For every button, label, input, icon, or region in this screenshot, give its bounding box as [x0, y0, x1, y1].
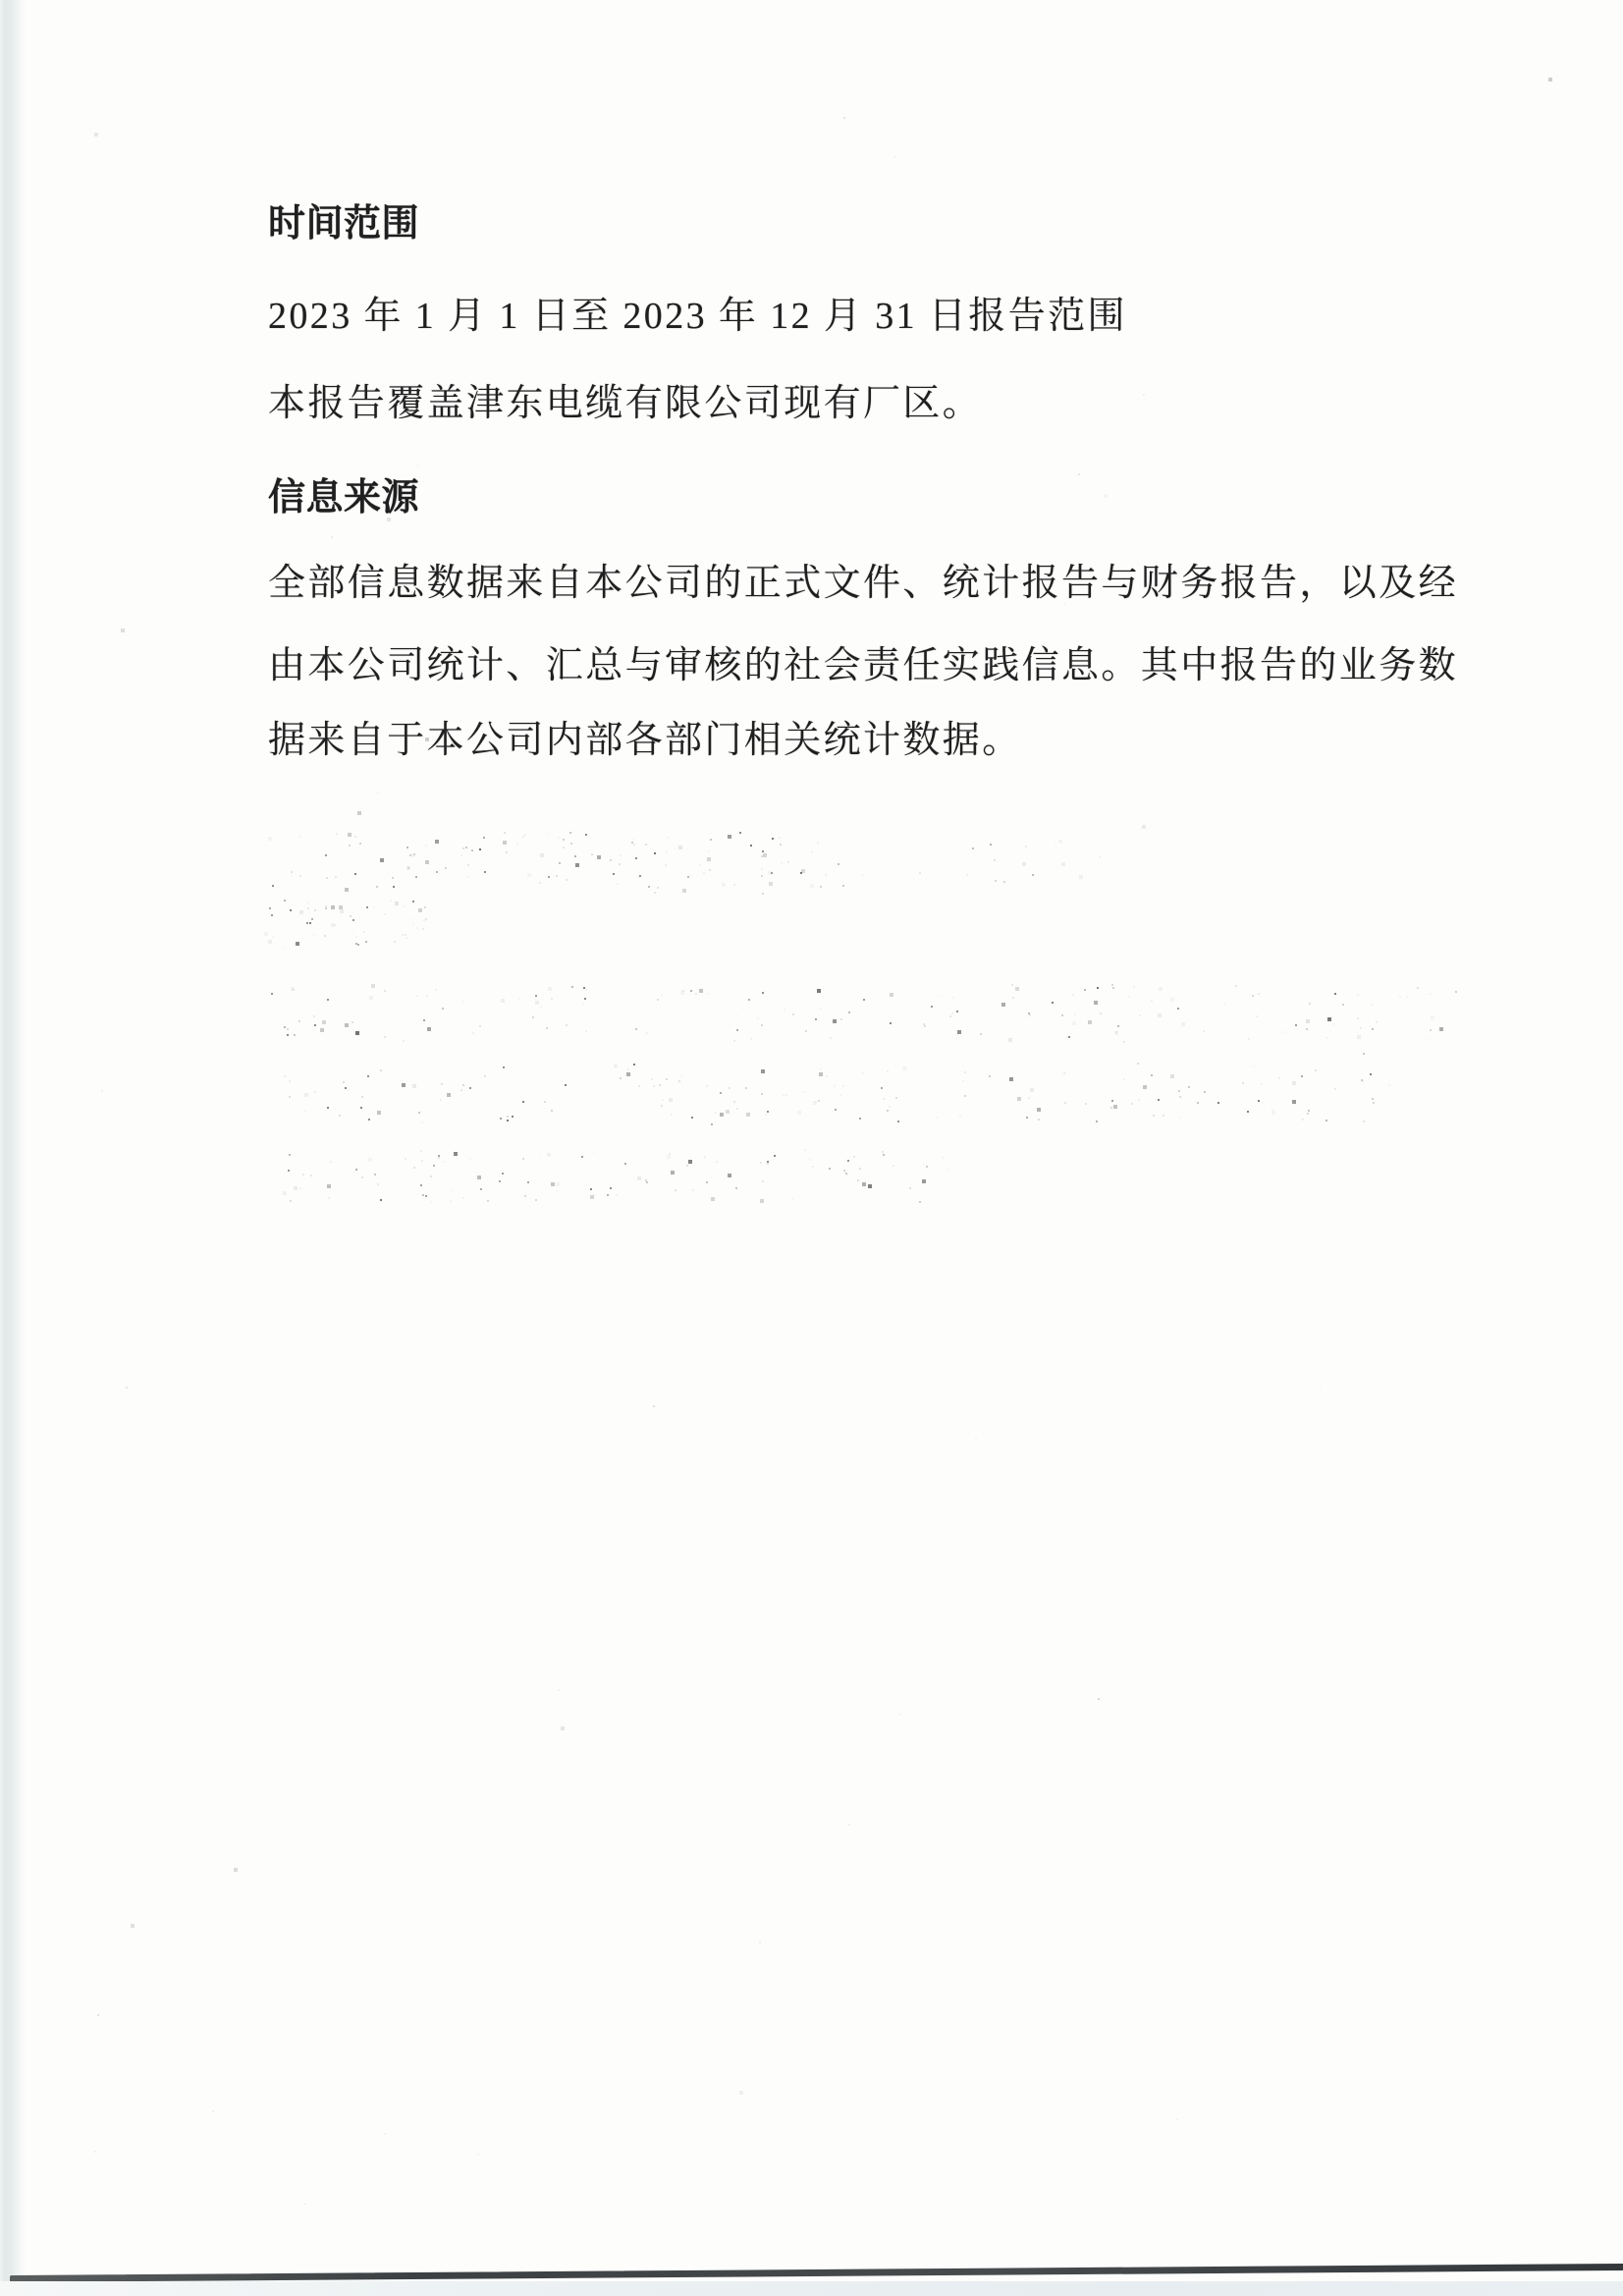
document-text-block: 时间范围 2023 年 1 月 1 日至 2023 年 12 月 31 日报告范…: [0, 0, 1623, 2296]
scan-below-edge-strip: [0, 2281, 1623, 2296]
para-info-source-line3: 据来自于本公司内部各部门相关统计数据。: [268, 718, 1022, 763]
heading-time-range: 时间范围: [268, 201, 419, 246]
para-info-source-line2: 由本公司统计、汇总与审核的社会责任实践信息。其中报告的业务数: [268, 643, 1458, 688]
heading-info-source: 信息来源: [268, 475, 419, 520]
scanned-document-page: 时间范围 2023 年 1 月 1 日至 2023 年 12 月 31 日报告范…: [0, 0, 1623, 2296]
para-info-source-line1: 全部信息数据来自本公司的正式文件、统计报告与财务报告，以及经: [268, 561, 1458, 606]
line-report-coverage: 本报告覆盖津东电缆有限公司现有厂区。: [268, 381, 982, 426]
line-report-period: 2023 年 1 月 1 日至 2023 年 12 月 31 日报告范围: [268, 294, 1127, 339]
